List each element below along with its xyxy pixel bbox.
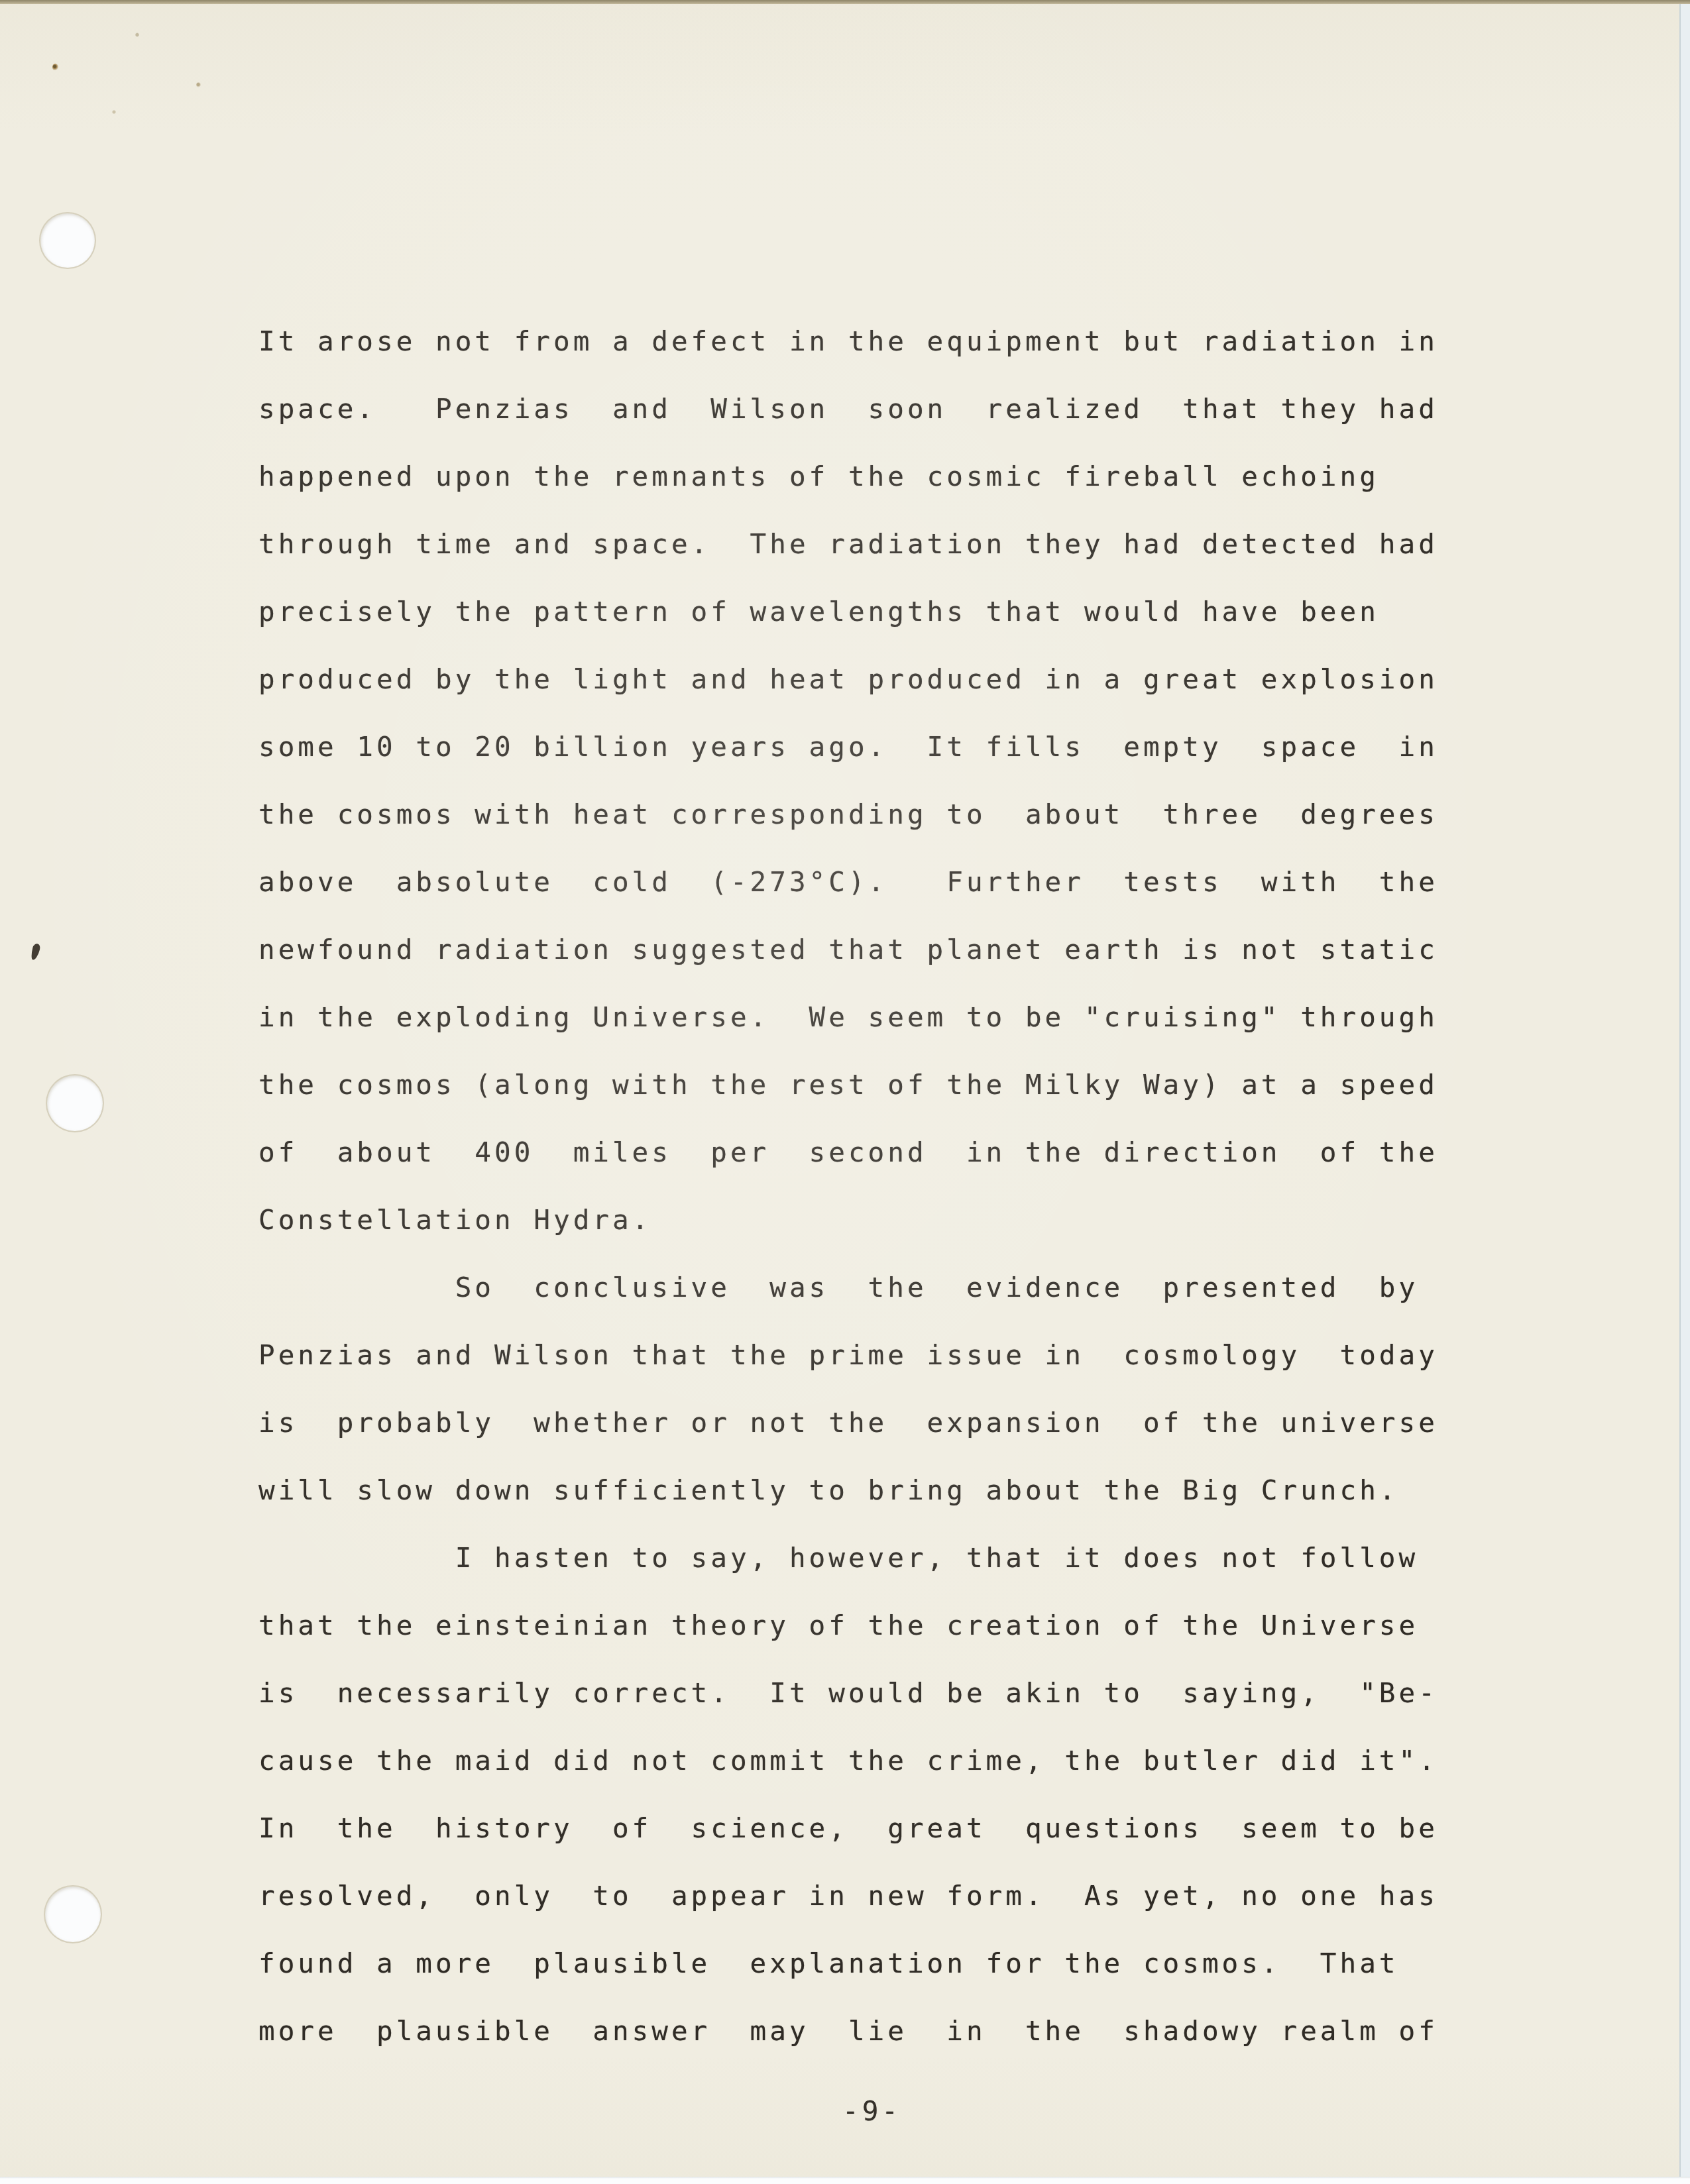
typed-line: of about 400 miles per second in the dir… [258, 1136, 1438, 1168]
typed-line: Constellation Hydra. [258, 1204, 651, 1236]
typed-line: resolved, only to appear in new form. As… [258, 1880, 1438, 1912]
paper-speck [52, 64, 58, 71]
typed-line: newfound radiation suggested that planet… [258, 934, 1438, 965]
paper-speck [135, 32, 139, 37]
typed-line: So conclusive was the evidence presented… [258, 1272, 1418, 1303]
scan-right-edge [1679, 0, 1690, 2184]
typed-line: I hasten to say, however, that it does n… [258, 1542, 1418, 1574]
scan-top-edge [0, 0, 1690, 4]
typed-line: In the history of science, great questio… [258, 1812, 1438, 1844]
hole-punch-middle [47, 1075, 103, 1131]
typed-line: more plausible answer may lie in the sha… [258, 2015, 1438, 2047]
typed-line: above absolute cold (-273°C). Further te… [258, 866, 1438, 898]
paper-speck [196, 82, 201, 87]
typed-line: space. Penzias and Wilson soon realized … [258, 393, 1438, 425]
manuscript-page: It arose not from a defect in the equipm… [0, 0, 1690, 2184]
typed-line: in the exploding Universe. We seem to be… [258, 1001, 1438, 1033]
scan-bottom-edge [0, 2177, 1690, 2184]
hole-punch-top [40, 213, 95, 268]
typed-line: is probably whether or not the expansion… [258, 1407, 1438, 1439]
typed-line: through time and space. The radiation th… [258, 528, 1438, 560]
typed-line: some 10 to 20 billion years ago. It fill… [258, 731, 1438, 763]
typed-line: happened upon the remnants of the cosmic… [258, 461, 1379, 492]
page-number: -9- [842, 2095, 901, 2127]
typed-line: the cosmos (along with the rest of the M… [258, 1069, 1438, 1101]
typed-line: found a more plausible explanation for t… [258, 1947, 1399, 1979]
hole-punch-bottom [45, 1886, 101, 1942]
typed-line: that the einsteinian theory of the creat… [258, 1610, 1418, 1641]
typed-line: the cosmos with heat corresponding to ab… [258, 798, 1438, 830]
typed-line: It arose not from a defect in the equipm… [258, 325, 1438, 357]
typed-line: will slow down sufficiently to bring abo… [258, 1474, 1399, 1506]
typed-line: is necessarily correct. It would be akin… [258, 1677, 1438, 1709]
typed-line: cause the maid did not commit the crime,… [258, 1745, 1438, 1776]
margin-ink-mark [30, 943, 41, 961]
typed-line: produced by the light and heat produced … [258, 663, 1438, 695]
typed-line: precisely the pattern of wavelengths tha… [258, 596, 1379, 628]
typed-line: Penzias and Wilson that the prime issue … [258, 1339, 1438, 1371]
paper-speck [112, 110, 116, 114]
